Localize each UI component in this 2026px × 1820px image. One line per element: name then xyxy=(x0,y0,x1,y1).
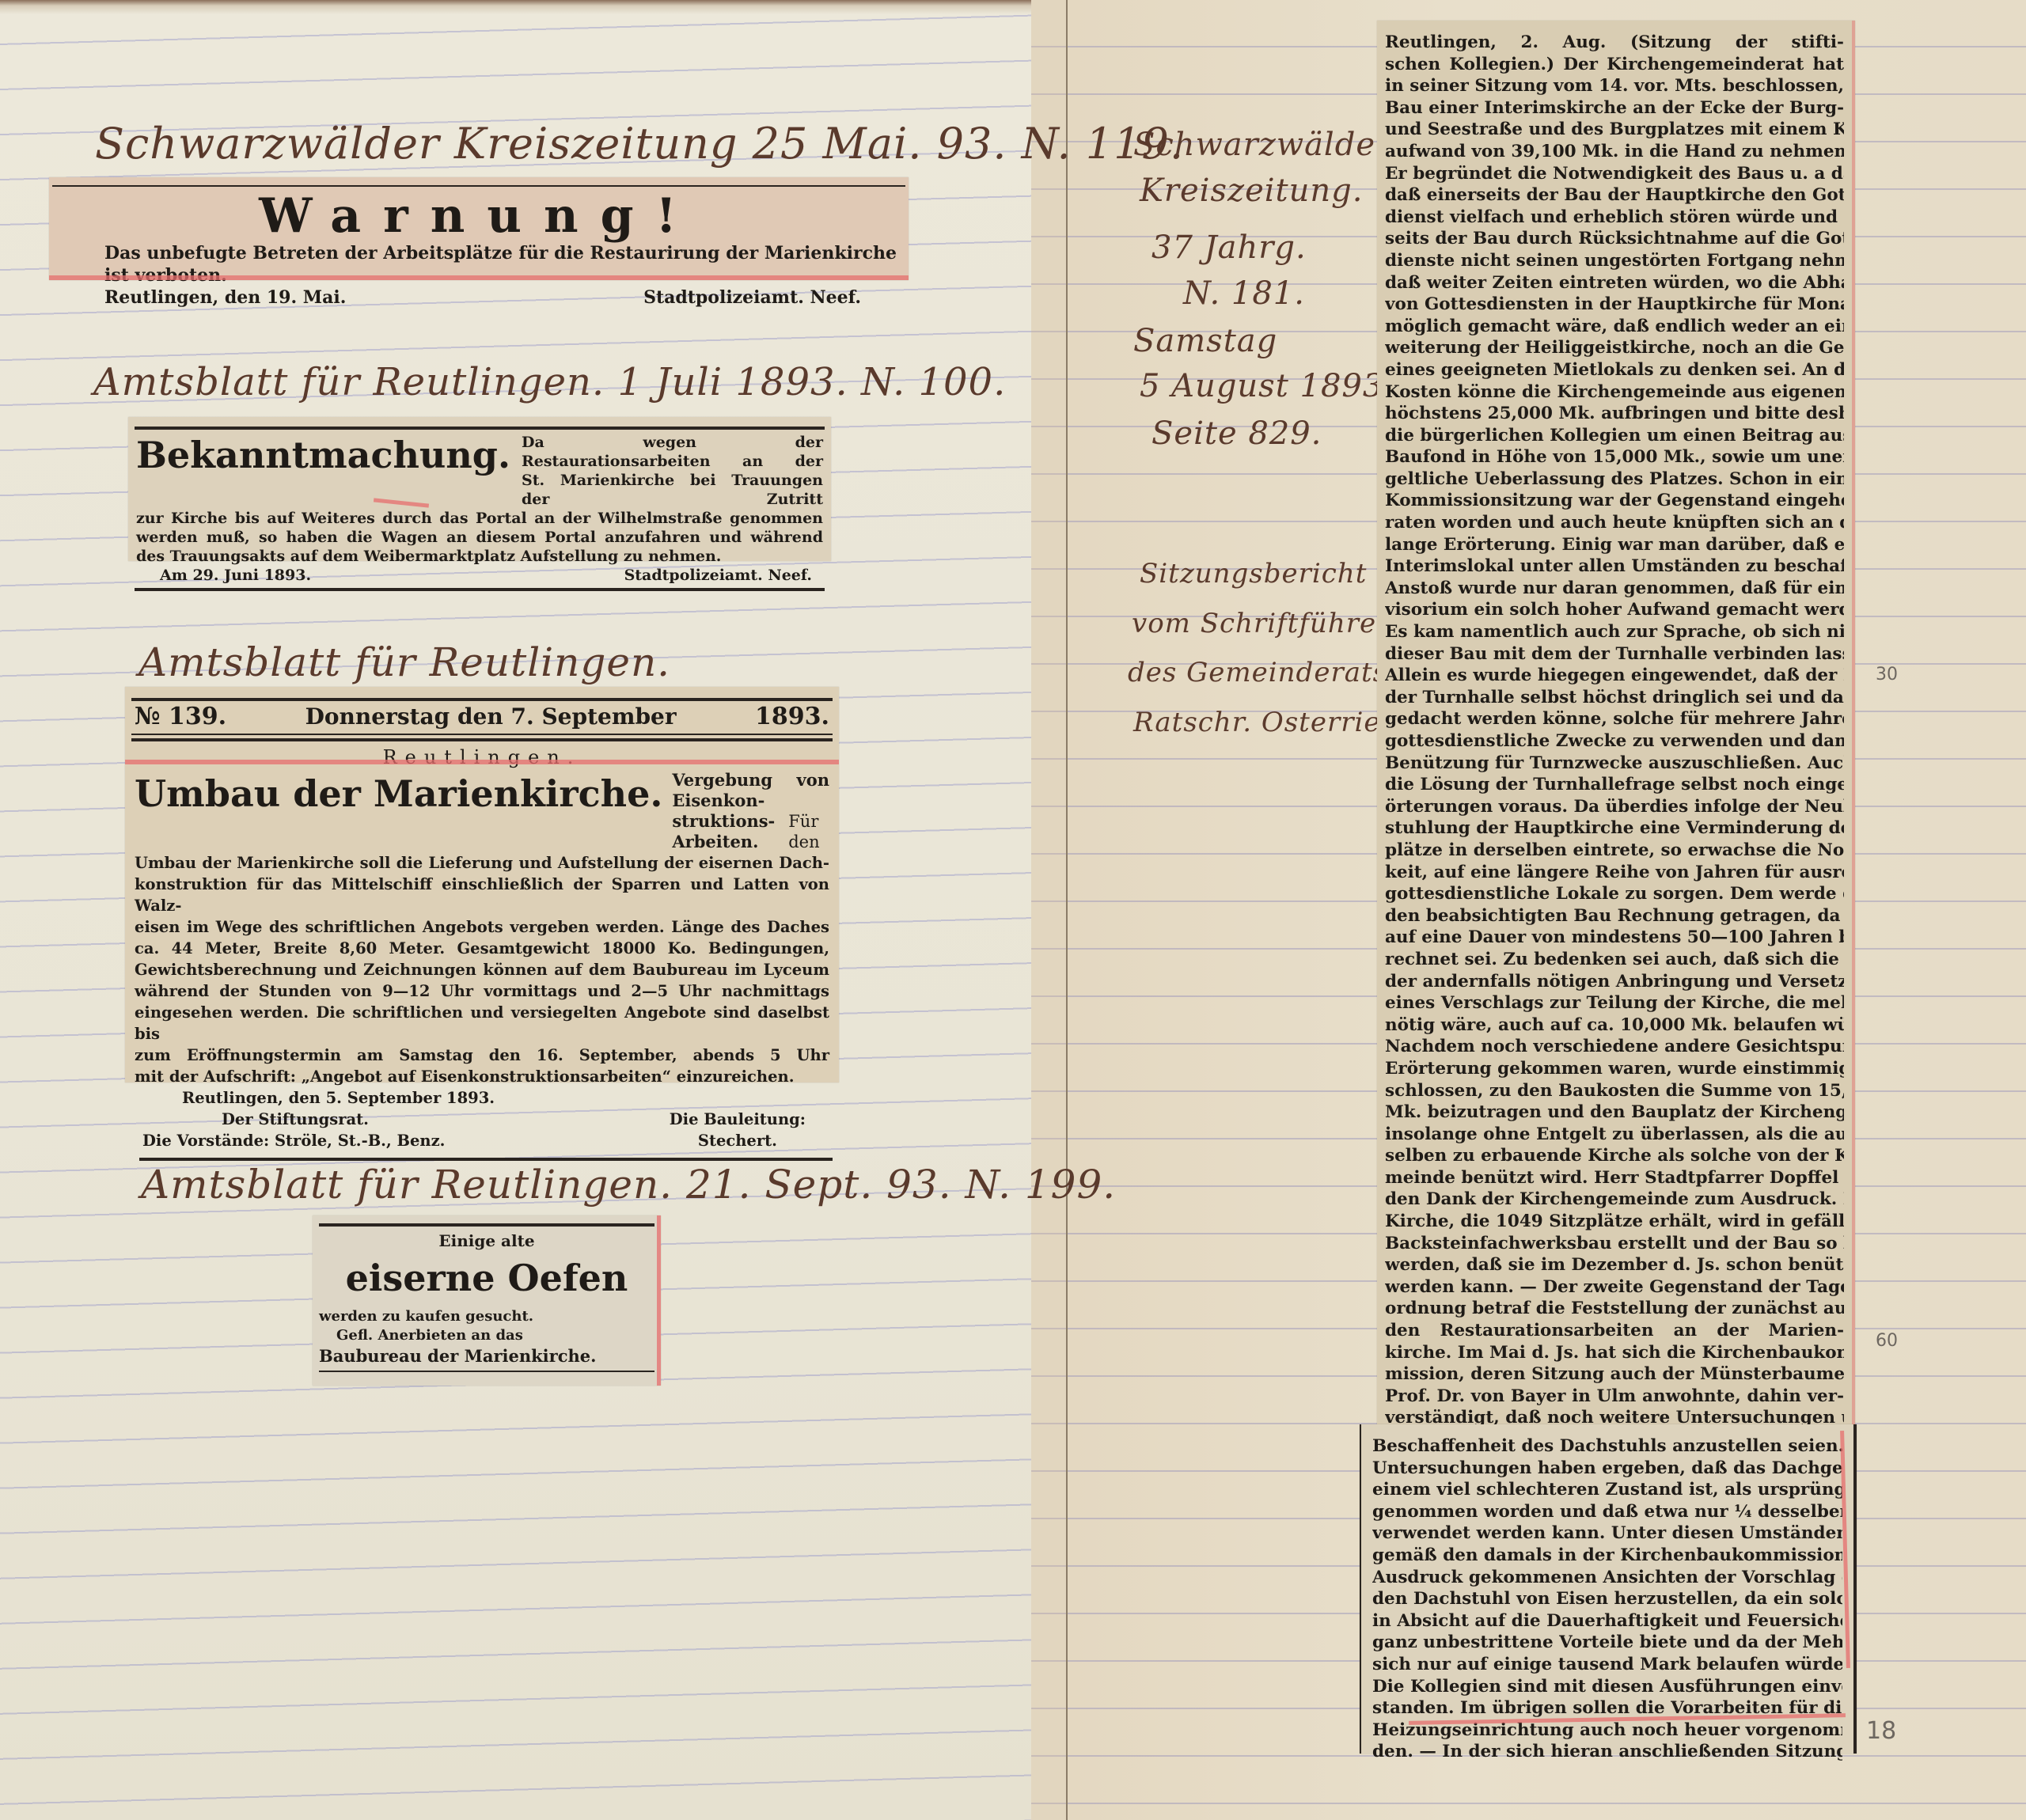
article-line: werden kann. — Der zweite Gegenstand der… xyxy=(1385,1276,1844,1299)
article-line: verwendet werden kann. Unter diesen Umst… xyxy=(1372,1522,1842,1545)
clipping-line: mit der Aufschrift: „Angebot auf Eisenko… xyxy=(135,1066,829,1087)
article-line: selben zu erbauende Kirche als solche vo… xyxy=(1385,1145,1844,1167)
clipping-head: Bekanntmachung. Da wegen der Restauratio… xyxy=(128,430,831,509)
clipping-footer: Baubureau der Marienkirche. xyxy=(313,1345,661,1367)
article-line: der andernfalls nötigen Anbringung und V… xyxy=(1385,971,1844,993)
article-line: gottesdienstliche Lokale zu sorgen. Dem … xyxy=(1385,883,1844,905)
note-line: des Gemeinderats xyxy=(1128,657,1387,688)
article-line: kirche. Im Mai d. Js. hat sich die Kirch… xyxy=(1385,1342,1844,1364)
article-line: werden, daß sie im Dezember d. Js. schon… xyxy=(1385,1254,1844,1276)
article-line: gemäß den damals in der Kirchenbaukommis… xyxy=(1372,1545,1842,1567)
clipping-kicker: Einige alte xyxy=(313,1231,661,1250)
note-line: 37 Jahrg. xyxy=(1151,229,1307,266)
article-line: in seiner Sitzung vom 14. vor. Mts. besc… xyxy=(1385,75,1844,97)
margin-number: 60 xyxy=(1876,1331,1898,1351)
issue-date: Donnerstag den 7. September xyxy=(305,703,677,730)
clipping-title: eiserne Oefen xyxy=(313,1255,661,1301)
article-line: Ausdruck gekommenen Ansichten der Vorsch… xyxy=(1372,1567,1842,1589)
article-line: Untersuchungen haben ergeben, daß das Da… xyxy=(1372,1458,1842,1480)
article-line: aufwand von 39,100 Mk. in die Hand zu ne… xyxy=(1385,141,1844,163)
article-line: den Dachstuhl von Eisen herzustellen, da… xyxy=(1372,1588,1842,1610)
book-gutter xyxy=(1031,0,1068,1820)
article-line: von Gottesdiensten in der Hauptkirche fü… xyxy=(1385,294,1844,316)
signature-line: Der Stiftungsrat. xyxy=(135,1109,445,1130)
signature-line: Die Bauleitung: xyxy=(670,1109,806,1130)
article-line: weiterung der Heiliggeistkirche, noch an… xyxy=(1385,337,1844,359)
article-line: Prof. Dr. von Bayer in Ulm anwohnte, dah… xyxy=(1385,1386,1844,1408)
handwritten-source-2: Amtsblatt für Reutlingen. 1 Juli 1893. N… xyxy=(93,360,1006,404)
article-line: den. — In der sich hieran anschließenden… xyxy=(1372,1741,1842,1763)
signature-line: Stechert. xyxy=(670,1130,806,1151)
clipping-footer: Am 29. Juni 1893. Stadtpolizeiamt. Neef. xyxy=(136,566,823,585)
article-line: daß weiter Zeiten eintreten würden, wo d… xyxy=(1385,272,1844,294)
article-line: Es kam namentlich auch zur Sprache, ob s… xyxy=(1385,621,1844,643)
signature-right: Die Bauleitung: Stechert. xyxy=(670,1109,806,1151)
divider xyxy=(131,738,833,741)
issue-year: 1893. xyxy=(755,703,829,730)
article-body-continued: Beschaffenheit des Dachstuhls anzustelle… xyxy=(1361,1424,1853,1763)
clipping-signatures: Der Stiftungsrat. Die Vorstände: Ströle,… xyxy=(135,1109,829,1151)
page-top-edge xyxy=(0,0,1031,14)
clipping-place-date: Reutlingen, den 19. Mai. xyxy=(104,286,346,309)
article-line: gottesdienstliche Zwecke zu verwenden un… xyxy=(1385,730,1844,753)
clipping-line: werden zu kaufen gesucht. xyxy=(313,1307,661,1326)
article-line: seits der Bau durch Rücksichtnahme auf d… xyxy=(1385,228,1844,250)
divider xyxy=(319,1371,654,1372)
article-line: höchstens 25,000 Mk. aufbringen und bitt… xyxy=(1385,403,1844,425)
clipping-line: eingesehen werden. Die schriftlichen und… xyxy=(135,1002,829,1045)
article-line: Baufond in Höhe von 15,000 Mk., sowie um… xyxy=(1385,446,1844,468)
article-line: Kosten könne die Kirchengemeinde aus eig… xyxy=(1385,381,1844,404)
clipping-warnung: Warnung! Das unbefugte Betreten der Arbe… xyxy=(49,177,909,280)
subtitle-line: Vergebung von Eisenkon- xyxy=(672,770,829,811)
red-pencil-mark xyxy=(49,275,909,280)
red-pencil-mark xyxy=(125,760,839,764)
article-line: Anstoß wurde nur daran genommen, daß für… xyxy=(1385,578,1844,600)
article-line: Reutlingen, 2. Aug. (Sitzung der stifti- xyxy=(1385,32,1844,54)
clipping-line: Gefl. Anerbieten an das xyxy=(313,1326,661,1345)
handwritten-source-3: Amtsblatt für Reutlingen. xyxy=(138,639,670,685)
clipping-line: St. Marienkirche bei Trauungen der Zutri… xyxy=(522,471,823,509)
clipping-footer: Reutlingen, den 19. Mai. Stadtpolizeiamt… xyxy=(49,286,909,309)
article-line: örterungen voraus. Da überdies infolge d… xyxy=(1385,796,1844,818)
clipping-sitzungsbericht-continued: Beschaffenheit des Dachstuhls anzustelle… xyxy=(1360,1424,1857,1754)
article-line: nötig wäre, auch auf ca. 10,000 Mk. bela… xyxy=(1385,1014,1844,1037)
article-line: Beschaffenheit des Dachstuhls anzustelle… xyxy=(1372,1435,1842,1458)
clipping-line: während der Stunden von 9—12 Uhr vormitt… xyxy=(135,980,829,1002)
clipping-eiserne-oefen: Einige alte eiserne Oefen werden zu kauf… xyxy=(313,1215,661,1386)
note-line: 5 August 1893. xyxy=(1140,368,1394,404)
article-line: der Turnhalle selbst höchst dringlich se… xyxy=(1385,687,1844,709)
handwritten-source-4: Amtsblatt für Reutlingen. 21. Sept. 93. … xyxy=(141,1162,1116,1208)
article-line: den Dank der Kirchengemeinde zum Ausdruc… xyxy=(1385,1189,1844,1211)
clipping-date: Am 29. Juni 1893. xyxy=(160,566,311,585)
article-line: Kommissionsitzung war der Gegenstand ein… xyxy=(1385,490,1844,512)
article-body: Reutlingen, 2. Aug. (Sitzung der stifti-… xyxy=(1377,21,1855,1429)
clipping-line: Für den xyxy=(788,811,829,852)
clipping-head-lines: Da wegen der Restaurationsarbeiten an de… xyxy=(522,433,823,509)
subtitle-line: struktions-Arbeiten. xyxy=(672,811,788,852)
clipping-line: Umbau der Marienkirche soll die Lieferun… xyxy=(135,852,829,874)
article-line: Er begründet die Notwendigkeit des Baus … xyxy=(1385,163,1844,185)
issue-number: № 139. xyxy=(135,703,226,730)
article-line: und Seestraße und des Burgplatzes mit ei… xyxy=(1385,119,1844,141)
note-line: Schwarzwälder xyxy=(1133,127,1391,163)
clipping-line: Gewichtsberechnung und Zeichnungen könne… xyxy=(135,959,829,980)
article-line: plätze in derselben eintrete, so erwachs… xyxy=(1385,840,1844,862)
article-line: insolange ohne Entgelt zu überlassen, al… xyxy=(1385,1124,1844,1146)
article-line: sich nur auf einige tausend Mark belaufe… xyxy=(1372,1654,1842,1676)
clipping-signature: Stadtpolizeiamt. Neef. xyxy=(624,566,812,585)
note-line: N. 181. xyxy=(1183,275,1305,312)
clipping-sitzungsbericht: Reutlingen, 2. Aug. (Sitzung der stifti-… xyxy=(1377,21,1855,1429)
note-line: Seite 829. xyxy=(1151,415,1322,452)
article-line: Die Kollegien sind mit diesen Ausführung… xyxy=(1372,1676,1842,1698)
article-line: einem viel schlechteren Zustand ist, als… xyxy=(1372,1479,1842,1501)
article-line: stuhlung der Hauptkirche eine Verminderu… xyxy=(1385,817,1844,840)
article-line: mission, deren Sitzung auch der Münsterb… xyxy=(1385,1363,1844,1386)
article-line: meinde benützt wird. Herr Stadtpfarrer D… xyxy=(1385,1167,1844,1189)
clipping-bekanntmachung: Bekanntmachung. Da wegen der Restauratio… xyxy=(128,417,831,561)
clipping-title: Warnung! xyxy=(49,190,909,242)
article-line: geltliche Ueberlassung des Platzes. Scho… xyxy=(1385,468,1844,491)
article-line: eines geeigneten Mietlokals zu denken se… xyxy=(1385,359,1844,381)
article-line: dienste nicht seinen ungestörten Fortgan… xyxy=(1385,250,1844,272)
handwritten-source-1: Schwarzwälder Kreiszeitung 25 Mai. 93. N… xyxy=(95,119,1184,169)
note-line: vom Schriftführer xyxy=(1132,608,1390,639)
clipping-line: ca. 44 Meter, Breite 8,60 Meter. Gesamtg… xyxy=(135,938,829,959)
clipping-umbau-marienkirche: № 139. Donnerstag den 7. September 1893.… xyxy=(125,687,839,1083)
divider xyxy=(319,1223,654,1227)
article-line: schlossen, zu den Baukosten die Summe vo… xyxy=(1385,1080,1844,1102)
signature-left: Der Stiftungsrat. Die Vorstände: Ströle,… xyxy=(135,1109,445,1151)
article-line: rechnet sei. Zu bedenken sei auch, daß s… xyxy=(1385,949,1844,971)
section-heading: Reutlingen. xyxy=(125,746,839,768)
clipping-line: zum Eröffnungstermin am Samstag den 16. … xyxy=(135,1045,829,1066)
divider xyxy=(131,734,833,735)
masthead: № 139. Donnerstag den 7. September 1893. xyxy=(125,701,839,732)
clipping-line: Da wegen der Restaurationsarbeiten an de… xyxy=(522,433,823,471)
clipping-line: des Trauungsakts auf dem Weibermarktplat… xyxy=(136,547,823,566)
clipping-title: Bekanntmachung. xyxy=(136,433,510,509)
article-line: raten worden und auch heute knüpften sic… xyxy=(1385,512,1844,534)
signature-line: Die Vorstände: Ströle, St.-B., Benz. xyxy=(135,1130,445,1151)
clipping-body: Umbau der Marienkirche soll die Lieferun… xyxy=(125,852,839,1151)
clipping-body: zur Kirche bis auf Weiteres durch das Po… xyxy=(128,509,831,585)
article-line: Allein es wurde hiegegen eingewendet, da… xyxy=(1385,665,1844,687)
article-line: Erörterung gekommen waren, wurde einstim… xyxy=(1385,1058,1844,1080)
clipping-line: konstruktion für das Mittelschiff einsch… xyxy=(135,874,829,916)
article-line: eines Verschlags zur Teilung der Kirche,… xyxy=(1385,992,1844,1014)
note-line: Samstag xyxy=(1133,323,1277,359)
article-line: den Restaurationsarbeiten an der Marien- xyxy=(1385,1320,1844,1342)
article-line: dienst vielfach und erheblich stören wür… xyxy=(1385,207,1844,229)
clipping-title: Umbau der Marienkirche. xyxy=(135,770,662,852)
article-line: den beabsichtigten Bau Rechnung getragen… xyxy=(1385,905,1844,927)
article-line: Interimslokal unter allen Umständen zu b… xyxy=(1385,555,1844,578)
margin-number: 30 xyxy=(1876,665,1898,684)
article-line: Benützung für Turnzwecke auszuschließen.… xyxy=(1385,753,1844,775)
divider xyxy=(52,185,905,187)
note-line: Kreiszeitung. xyxy=(1140,173,1363,209)
article-line: Mk. beizutragen und den Bauplatz der Kir… xyxy=(1385,1101,1844,1124)
clipping-subtitle: Vergebung von Eisenkon- struktions-Arbei… xyxy=(672,770,829,852)
article-line: schen Kollegien.) Der Kirchengemeinderat… xyxy=(1385,54,1844,76)
article-line: die Lösung der Turnhallefrage selbst noc… xyxy=(1385,774,1844,796)
article-line: möglich gemacht wäre, daß endlich weder … xyxy=(1385,316,1844,338)
article-line: lange Erörterung. Einig war man darüber,… xyxy=(1385,534,1844,556)
article-line: Kirche, die 1049 Sitzplätze erhält, wird… xyxy=(1385,1211,1844,1233)
article-line: Nachdem noch verschiedene andere Gesicht… xyxy=(1385,1036,1844,1058)
article-line: Bau einer Interimskirche an der Ecke der… xyxy=(1385,97,1844,119)
clipping-head: Umbau der Marienkirche. Vergebung von Ei… xyxy=(125,768,839,852)
clipping-line: eisen im Wege des schriftlichen Angebots… xyxy=(135,916,829,938)
clipping-signature: Stadtpolizeiamt. Neef. xyxy=(643,286,861,309)
divider xyxy=(135,588,825,591)
article-line: keit, auf eine längere Reihe von Jahren … xyxy=(1385,862,1844,884)
article-line: visorium ein solch hoher Aufwand gemacht… xyxy=(1385,599,1844,621)
article-line: auf eine Dauer von mindestens 50—100 Jah… xyxy=(1385,927,1844,949)
article-line: die bürgerlichen Kollegien um einen Beit… xyxy=(1385,425,1844,447)
article-line: ordnung betraf die Feststellung der zunä… xyxy=(1385,1298,1844,1320)
article-line: in Absicht auf die Dauerhaftigkeit und F… xyxy=(1372,1610,1842,1632)
red-pencil-mark xyxy=(657,1215,661,1386)
article-line: genommen worden und daß etwa nur ¼ desse… xyxy=(1372,1501,1842,1523)
page-number: 18 xyxy=(1866,1717,1896,1745)
article-line: dieser Bau mit dem der Turnhalle verbind… xyxy=(1385,643,1844,665)
clipping-line: werden muß, so haben die Wagen an diesem… xyxy=(136,528,823,547)
subtitle-row: struktions-Arbeiten. Für den xyxy=(672,811,829,852)
clipping-line: zur Kirche bis auf Weiteres durch das Po… xyxy=(136,509,823,528)
article-line: daß einerseits der Bau der Hauptkirche d… xyxy=(1385,184,1844,207)
clipping-place-date: Reutlingen, den 5. September 1893. xyxy=(135,1087,829,1109)
article-line: Backsteinfachwerksbau erstellt und der B… xyxy=(1385,1233,1844,1255)
note-line: Sitzungsbericht xyxy=(1140,558,1367,590)
article-line: gedacht werden könne, solche für mehrere… xyxy=(1385,708,1844,730)
article-line: ganz unbestrittene Vorteile biete und da… xyxy=(1372,1632,1842,1654)
divider xyxy=(139,1158,833,1161)
red-pencil-mark xyxy=(1852,21,1855,1429)
